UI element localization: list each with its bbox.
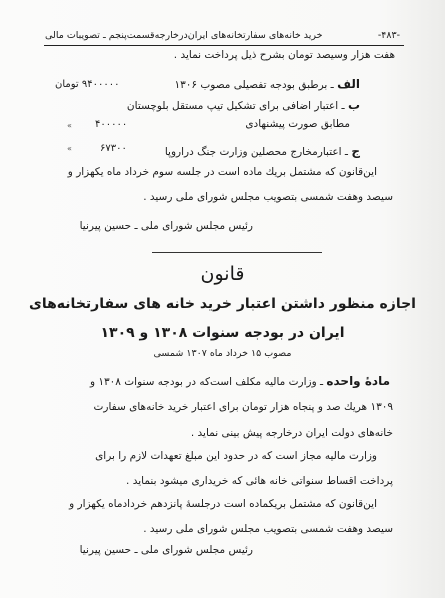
article-line-2: ۱۳۰۹ هریك صد و پنجاه هزار تومان برای اعت… [94,400,393,415]
item-text: ـ اعتبار اضافی برای تشکیل تیپ مستقل بلوچ… [127,100,345,112]
item-be: ب ـ اعتبار اضافی برای تشکیل تیپ مستقل بل… [127,98,360,114]
header-section: قسمت‌پنجم ـ تصویبات مالی [45,29,155,43]
paragraph2-line-1: وزارت مالیه مجاز است که در حدود این مبلغ… [95,449,377,464]
law-subtitle-1: اجازه منظور داشتن اعتبار خرید خانه های س… [0,294,445,314]
closing-line-1: این‌قانون که مشتمل بریك ماده است در جلسه… [68,165,377,180]
approval-date: مصوب ۱۵ خرداد ماه ۱۳۰۷ شمسی [0,347,445,361]
signature: رئیس مجلس شورای ملی ـ حسین پیرنیا [80,543,253,558]
article-line-1: مادهٔ واحده ـ وزارت مالیه مکلف است‌که در… [90,374,390,390]
article-text: ـ وزارت مالیه مکلف است‌که در بودجه سنوات… [90,376,323,388]
page-number: -۴۸۳- [378,29,400,43]
running-header: قسمت‌پنجم ـ تصویبات مالی خرید خانه‌های س… [45,29,400,43]
header-rule [44,45,404,46]
section-separator [152,252,322,253]
item-amount: ۴۰۰۰۰۰ [95,117,127,132]
closing-line-1: این‌قانون که مشتمل بریکماده است درجلسهٔ … [69,497,377,512]
item-jim: ج ـ اعتبارمخارج محصلین وزارت جنگ دراروپا [165,144,360,160]
item-alef: الف ـ برطبق بودجه تفصیلی مصوب ۱۳۰۶ [174,77,360,93]
article-label: مادهٔ واحده [326,374,390,388]
item-label: ب [348,98,360,112]
intro-line: هفت هزار وسیصد تومان بشرح ذیل پرداخت نما… [174,48,395,63]
article-line-3: خانه‌های دولت ایران درخارجه پیش بینی نما… [191,426,393,441]
closing-line-2: سیصد وهفت شمسی بتصویب مجلس شورای ملی رسی… [143,190,393,205]
law-title: قانون [0,262,445,286]
ditto-mark: « [67,144,72,153]
closing-line-2: سیصد وهفت شمسی بتصویب مجلس شورای ملی رسی… [143,522,393,537]
item-amount: ۹۴۰۰۰۰۰ تومان [55,77,119,92]
scanned-page: قسمت‌پنجم ـ تصویبات مالی خرید خانه‌های س… [0,0,445,598]
signature: رئیس مجلس شورای ملی ـ حسین پیرنیا [80,219,253,234]
header-topic: خرید خانه‌های سفارتخانه‌های ایران‌درخارج… [155,29,323,43]
item-amount: ۶۷۳۰۰ [100,141,127,156]
item-label: ج [351,144,360,158]
item-be-cont: مطابق صورت پیشنهادی [245,117,350,132]
item-text: ـ اعتبارمخارج محصلین وزارت جنگ دراروپا [165,146,348,158]
paragraph2-line-2: پرداخت اقساط سنواتی خانه هائی که خریداری… [126,474,393,489]
item-text: ـ برطبق بودجه تفصیلی مصوب ۱۳۰۶ [174,79,333,91]
ditto-mark: « [67,121,72,130]
law-subtitle-2: ایران در بودجه سنوات ۱۳۰۸ و ۱۳۰۹ [0,323,445,343]
item-label: الف [337,77,360,91]
